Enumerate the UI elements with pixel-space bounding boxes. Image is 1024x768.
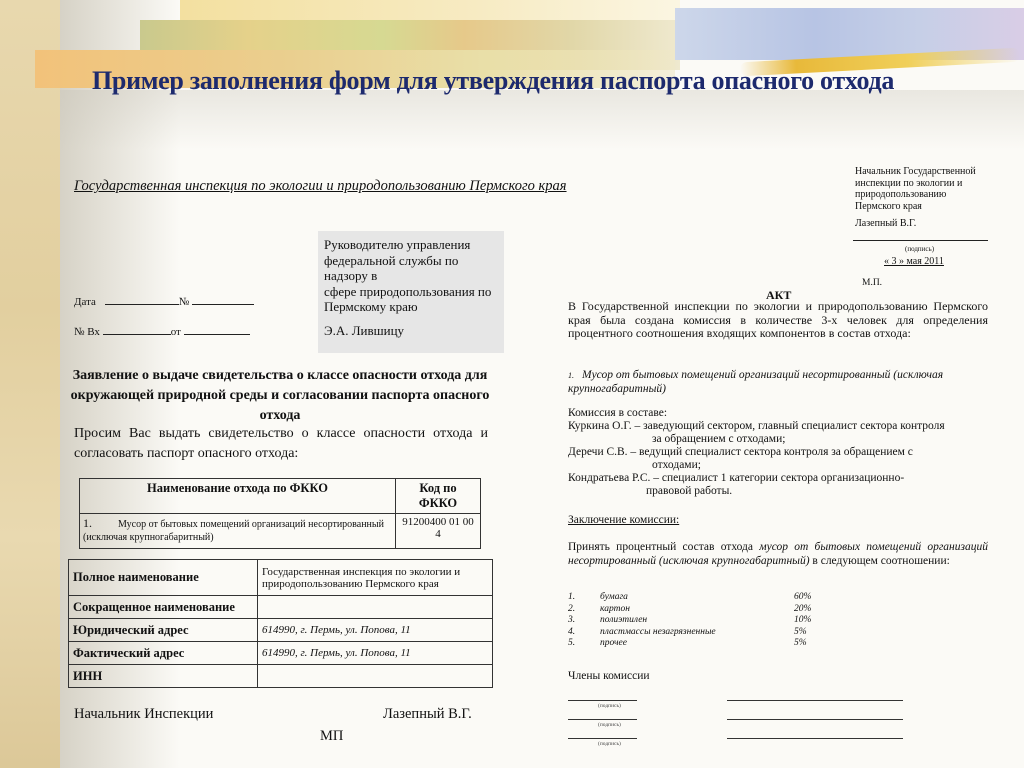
- detail-key: Сокращенное наименование: [69, 596, 258, 619]
- from-blank: [184, 324, 250, 335]
- conclusion-pre: Принять процентный состав отхода: [568, 541, 759, 553]
- detail-key: Полное наименование: [69, 560, 258, 596]
- item-number: 3.: [568, 615, 600, 627]
- request-text: Просим Вас выдать свидетельство о классе…: [74, 424, 488, 464]
- member-signature-line: [568, 738, 637, 739]
- commission-list: Комиссия в составе: Куркина О.Г. – завед…: [568, 407, 1008, 498]
- approval-block: Начальник Государственной инспекции по э…: [855, 166, 976, 230]
- detail-key: Юридический адрес: [69, 619, 258, 642]
- addressee-line: федеральной службы по надзору в: [324, 253, 498, 284]
- incoming-label: № Вх: [74, 326, 100, 338]
- detail-value: 614990, г. Пермь, ул. Попова, 11: [258, 619, 493, 642]
- component-name: пластмассы незагрязненные: [600, 627, 794, 639]
- addressee-box: Руководителю управления федеральной служ…: [318, 231, 504, 353]
- approval-date: « 3 » мая 2011: [884, 256, 944, 267]
- list-item: 3.полиэтилен10%: [568, 615, 811, 627]
- signer-title: Начальник Инспекции: [74, 706, 213, 723]
- commission-member-cont: отходами;: [568, 459, 1008, 472]
- stamp-label: МП: [320, 728, 343, 745]
- column-header: Код по ФККО: [396, 479, 481, 514]
- composition-list: 1.бумага60% 2.картон20% 3.полиэтилен10% …: [568, 592, 811, 650]
- detail-value: 614990, г. Пермь, ул. Попова, 11: [258, 642, 493, 665]
- detail-value: Государственная инспекция по экологии и …: [258, 560, 493, 596]
- member-signature-line: [568, 700, 637, 701]
- act-waste-item: 1.Мусор от бытовых помещений организаций…: [568, 369, 988, 396]
- detail-value: [258, 596, 493, 619]
- list-item: 5.прочее5%: [568, 638, 811, 650]
- table-row: Юридический адрес 614990, г. Пермь, ул. …: [69, 619, 493, 642]
- waste-table-header: Наименование отхода по ФККО Код по ФККО: [80, 479, 481, 514]
- member-name-line: [727, 700, 903, 701]
- from-label: от: [171, 326, 181, 338]
- waste-name-cell: 1.Мусор от бытовых помещений организаций…: [80, 514, 396, 549]
- list-item: 4.пластмассы незагрязненные5%: [568, 627, 811, 639]
- detail-value: [258, 665, 493, 688]
- table-row: Фактический адрес 614990, г. Пермь, ул. …: [69, 642, 493, 665]
- date-blank: [105, 294, 179, 305]
- table-row: 1.Мусор от бытовых помещений организаций…: [80, 514, 481, 549]
- item-text: Мусор от бытовых помещений организаций н…: [568, 369, 943, 395]
- approval-line: инспекции по экологии и: [855, 178, 976, 190]
- waste-code-cell: 91200400 01 00 4: [396, 514, 481, 549]
- item-number: 5.: [568, 638, 600, 650]
- commission-member: Куркина О.Г. – заведующий сектором, глав…: [568, 420, 1008, 433]
- detail-key: ИНН: [69, 665, 258, 688]
- component-name: бумага: [600, 592, 794, 604]
- conclusion-post: в следующем соотношении:: [810, 555, 950, 567]
- list-item: 2.картон20%: [568, 604, 811, 616]
- header-shadow: [60, 90, 1024, 150]
- conclusion-heading: Заключение комиссии:: [568, 514, 679, 526]
- statement-title: Заявление о выдаче свидетельства о класс…: [70, 366, 490, 426]
- item-number: 4.: [568, 627, 600, 639]
- item-number: 2.: [568, 604, 600, 616]
- incoming-blank: [103, 324, 171, 335]
- slide-title: Пример заполнения форм для утверждения п…: [92, 66, 894, 96]
- component-name: прочее: [600, 638, 794, 650]
- organization-details-table: Полное наименование Государственная инсп…: [68, 559, 493, 688]
- incoming-number-line: № Вх от: [74, 324, 250, 338]
- commission-member: Деречи С.В. – ведущий специалист сектора…: [568, 446, 1008, 459]
- detail-key: Фактический адрес: [69, 642, 258, 665]
- table-row: ИНН: [69, 665, 493, 688]
- date-label: Дата: [74, 296, 96, 308]
- approval-signature-line: [853, 240, 988, 241]
- table-row: Полное наименование Государственная инсп…: [69, 560, 493, 596]
- approval-line: Начальник Государственной: [855, 166, 976, 178]
- addressee-line: Пермскому краю: [324, 299, 498, 315]
- component-percent: 5%: [794, 627, 807, 639]
- signature-hint: (подпись): [598, 741, 621, 747]
- component-percent: 20%: [794, 604, 811, 616]
- commission-member: Кондратьева Р.С. – специалист 1 категори…: [568, 472, 1008, 485]
- signature-hint: (подпись): [598, 722, 621, 728]
- commission-member-cont: за обращением с отходами;: [568, 433, 1008, 446]
- component-name: полиэтилен: [600, 615, 794, 627]
- item-number: 1.: [568, 592, 600, 604]
- addressee-line: сфере природопользования по: [324, 284, 498, 300]
- approval-stamp: М.П.: [862, 278, 882, 288]
- waste-name: Мусор от бытовых помещений организаций н…: [83, 519, 384, 543]
- conclusion-text: Принять процентный состав отхода мусор о…: [568, 541, 988, 568]
- approval-line: Пермского края: [855, 201, 976, 213]
- row-number: 1.: [83, 516, 92, 530]
- member-name-line: [727, 719, 903, 720]
- date-number-line: Дата №: [74, 294, 254, 308]
- approval-line: природопользованию: [855, 189, 976, 201]
- organization-header: Государственная инспекция по экологии и …: [74, 178, 567, 195]
- number-blank: [192, 294, 254, 305]
- component-percent: 5%: [794, 638, 807, 650]
- number-label: №: [179, 296, 190, 308]
- signer-name: Лазепный В.Г.: [383, 706, 472, 723]
- column-header: Наименование отхода по ФККО: [80, 479, 396, 514]
- waste-table: Наименование отхода по ФККО Код по ФККО …: [79, 478, 481, 549]
- component-name: картон: [600, 604, 794, 616]
- member-signature-line: [568, 719, 637, 720]
- approver-name: Лазепный В.Г.: [855, 218, 976, 230]
- act-intro: В Государственной инспекции по экологии …: [568, 300, 988, 341]
- addressee-line: Руководителю управления: [324, 237, 498, 253]
- signature-hint: (подпись): [905, 245, 934, 253]
- list-item: 1.бумага60%: [568, 592, 811, 604]
- component-percent: 60%: [794, 592, 811, 604]
- component-percent: 10%: [794, 615, 811, 627]
- commission-member-cont: правовой работы.: [568, 485, 1008, 498]
- item-number: 1.: [568, 369, 582, 383]
- members-heading: Члены комиссии: [568, 670, 650, 682]
- addressee-name: Э.А. Лившицу: [324, 323, 498, 339]
- background-texture-left: [0, 0, 60, 768]
- signature-hint: (подпись): [598, 703, 621, 709]
- commission-heading: Комиссия в составе:: [568, 407, 1008, 420]
- member-name-line: [727, 738, 903, 739]
- header-banner-decoration: [180, 0, 680, 22]
- table-row: Сокращенное наименование: [69, 596, 493, 619]
